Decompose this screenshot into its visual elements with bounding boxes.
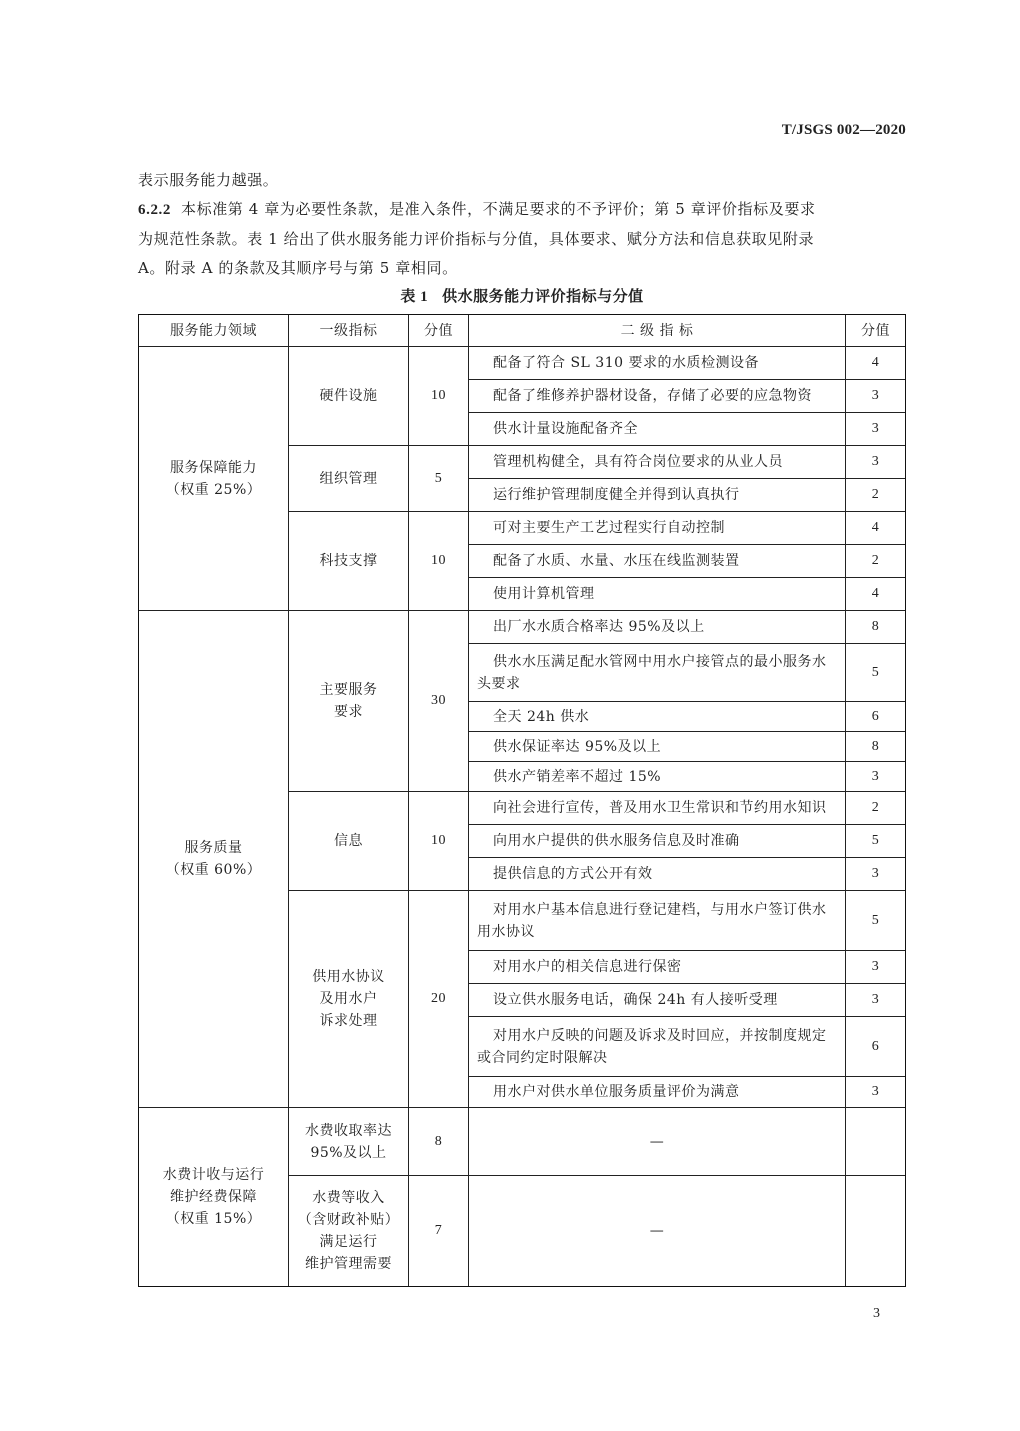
primary-name-line4: 维护管理需要	[305, 1253, 392, 1275]
secondary-text: 供水保证率达 95%及以上	[477, 736, 661, 758]
domain-name-line2: 维护经费保障	[170, 1186, 257, 1208]
secondary-item: 出厂水水质合格率达 95%及以上	[468, 610, 846, 644]
secondary-item: 供水保证率达 95%及以上	[468, 731, 846, 762]
primary-score-value: 30	[431, 690, 446, 712]
secondary-score: 8	[845, 731, 906, 762]
secondary-score-value: 3	[872, 1081, 880, 1103]
secondary-text: 管理机构健全，具有符合岗位要求的从业人员	[477, 451, 783, 473]
table-caption-number: 表 1	[400, 289, 428, 305]
header-domain-label: 服务能力领域	[170, 320, 257, 342]
table-caption: 表 1供水服务能力评价指标与分值	[0, 285, 1020, 306]
primary-score: 10	[408, 346, 469, 446]
secondary-score-value: 4	[872, 517, 880, 539]
secondary-score: 2	[845, 478, 906, 512]
primary-name-line1: 水费等收入	[312, 1187, 385, 1209]
secondary-score: 2	[845, 791, 906, 825]
domain-weight: （权重 60%）	[166, 859, 262, 881]
em-dash-placeholder: —	[650, 1131, 665, 1153]
secondary-score: 8	[845, 610, 906, 644]
primary-fee-collection: 水费收取率达 95%及以上	[288, 1107, 409, 1176]
primary-score-value: 10	[431, 550, 446, 572]
secondary-score: 3	[845, 445, 906, 479]
header-domain: 服务能力领域	[138, 314, 289, 347]
secondary-score: 3	[845, 1076, 906, 1108]
secondary-score-value: 8	[872, 736, 880, 758]
secondary-score: 2	[845, 544, 906, 578]
domain-name-line1: 水费计收与运行	[163, 1164, 265, 1186]
secondary-item: 对用水户基本信息进行登记建档，与用水户签订供水用水协议	[468, 890, 846, 951]
secondary-text: 配备了水质、水量、水压在线监测装置	[477, 550, 740, 572]
table-caption-title: 供水服务能力评价指标与分值	[442, 287, 644, 305]
primary-score: 8	[408, 1107, 469, 1176]
header-primary-score: 分值	[408, 314, 469, 347]
secondary-score-value: 3	[872, 989, 880, 1011]
secondary-score-value: 3	[872, 956, 880, 978]
domain-fee-and-funding: 水费计收与运行 维护经费保障 （权重 15%）	[138, 1107, 289, 1287]
primary-score: 30	[408, 610, 469, 792]
secondary-text: 可对主要生产工艺过程实行自动控制	[477, 517, 725, 539]
primary-name-line2: （含财政补贴）	[298, 1209, 400, 1231]
secondary-text: 向用水户提供的供水服务信息及时准确	[477, 830, 740, 852]
clause-text-line2: 为规范性条款。表 1 给出了供水服务能力评价指标与分值，具体要求、赋分方法和信息…	[138, 230, 814, 248]
secondary-score-value: 3	[872, 766, 880, 788]
primary-name-line3: 满足运行	[320, 1231, 378, 1253]
secondary-score: 5	[845, 890, 906, 951]
domain-service-quality: 服务质量 （权重 60%）	[138, 610, 289, 1108]
primary-score-value: 20	[431, 988, 446, 1010]
primary-name-line1: 主要服务	[320, 679, 378, 701]
primary-income-sufficiency: 水费等收入 （含财政补贴） 满足运行 维护管理需要	[288, 1175, 409, 1287]
primary-name: 组织管理	[320, 468, 378, 490]
secondary-score: 5	[845, 643, 906, 702]
secondary-score: 6	[845, 701, 906, 732]
primary-hardware: 硬件设施	[288, 346, 409, 446]
secondary-score: 6	[845, 1016, 906, 1077]
primary-information: 信息	[288, 791, 409, 891]
primary-score-value: 5	[435, 468, 443, 490]
primary-name-line2: 95%及以上	[310, 1142, 386, 1164]
page-number: 3	[873, 1306, 880, 1322]
header-secondary-label: 二 级 指 标	[621, 320, 694, 342]
primary-score-value: 7	[435, 1220, 443, 1242]
secondary-text: 供水计量设施配备齐全	[477, 418, 638, 440]
secondary-text: 对用水户的相关信息进行保密	[477, 956, 682, 978]
secondary-score-value: 8	[872, 616, 880, 638]
secondary-item: 管理机构健全，具有符合岗位要求的从业人员	[468, 445, 846, 479]
primary-name-line2: 及用水户	[320, 988, 378, 1010]
secondary-score: 3	[845, 761, 906, 792]
secondary-score-value: 2	[872, 797, 880, 819]
secondary-item-empty: —	[468, 1107, 846, 1176]
secondary-item: 用水户对供水单位服务质量评价为满意	[468, 1076, 846, 1108]
secondary-score: 4	[845, 577, 906, 611]
secondary-score: 4	[845, 346, 906, 380]
secondary-score-value: 3	[872, 863, 880, 885]
secondary-item: 可对主要生产工艺过程实行自动控制	[468, 511, 846, 545]
header-secondary-score-label: 分值	[861, 320, 890, 342]
secondary-score: 3	[845, 950, 906, 984]
primary-score: 5	[408, 445, 469, 512]
secondary-score-value: 5	[872, 910, 880, 932]
continuation-text: 表示服务能力越强。	[138, 171, 278, 189]
secondary-score-value: 6	[872, 706, 880, 728]
primary-score: 7	[408, 1175, 469, 1287]
secondary-item: 设立供水服务电话，确保 24h 有人接听受理	[468, 983, 846, 1017]
primary-score: 10	[408, 511, 469, 611]
secondary-score-value: 3	[872, 451, 880, 473]
secondary-text: 供水水压满足配水管网中用水户接管点的最小服务水头要求	[477, 651, 837, 695]
clause-6-2-2: 6.2.2本标准第 4 章为必要性条款，是准入条件，不满足要求的不予评价；第 5…	[138, 195, 908, 283]
secondary-text: 提供信息的方式公开有效	[477, 863, 653, 885]
primary-score-value: 8	[435, 1131, 443, 1153]
secondary-item: 供水水压满足配水管网中用水户接管点的最小服务水头要求	[468, 643, 846, 702]
primary-score-value: 10	[431, 385, 446, 407]
primary-technology: 科技支撑	[288, 511, 409, 611]
secondary-item: 向社会进行宣传，普及用水卫生常识和节约用水知识	[468, 791, 846, 825]
secondary-text: 向社会进行宣传，普及用水卫生常识和节约用水知识	[477, 797, 827, 819]
secondary-score	[845, 1175, 906, 1287]
em-dash-placeholder: —	[650, 1220, 665, 1242]
primary-name: 信息	[334, 830, 363, 852]
secondary-item: 对用水户反映的问题及诉求及时回应，并按制度规定或合同约定时限解决	[468, 1016, 846, 1077]
secondary-score: 4	[845, 511, 906, 545]
primary-name-line1: 供用水协议	[312, 966, 385, 988]
header-primary-score-label: 分值	[424, 320, 453, 342]
secondary-text: 用水户对供水单位服务质量评价为满意	[477, 1081, 740, 1103]
secondary-item: 运行维护管理制度健全并得到认真执行	[468, 478, 846, 512]
secondary-item: 对用水户的相关信息进行保密	[468, 950, 846, 984]
primary-name: 科技支撑	[320, 550, 378, 572]
clause-text-line3: A。附录 A 的条款及其顺序号与第 5 章相同。	[138, 259, 458, 277]
secondary-item: 供水产销差率不超过 15%	[468, 761, 846, 792]
paragraph-continuation: 表示服务能力越强。	[138, 166, 908, 195]
secondary-item: 配备了水质、水量、水压在线监测装置	[468, 544, 846, 578]
secondary-item: 提供信息的方式公开有效	[468, 857, 846, 891]
secondary-score-value: 4	[872, 352, 880, 374]
primary-name: 硬件设施	[320, 385, 378, 407]
header-primary: 一级指标	[288, 314, 409, 347]
secondary-item: 供水计量设施配备齐全	[468, 412, 846, 446]
primary-name-line1: 水费收取率达	[305, 1120, 392, 1142]
clause-number: 6.2.2	[138, 202, 171, 218]
secondary-text: 全天 24h 供水	[477, 706, 589, 728]
secondary-text: 对用水户反映的问题及诉求及时回应，并按制度规定或合同约定时限解决	[477, 1025, 837, 1069]
domain-name: 服务质量	[185, 837, 243, 859]
secondary-text: 运行维护管理制度健全并得到认真执行	[477, 484, 740, 506]
secondary-score-value: 5	[872, 830, 880, 852]
secondary-score-value: 2	[872, 484, 880, 506]
clause-text-line1: 本标准第 4 章为必要性条款，是准入条件，不满足要求的不予评价；第 5 章评价指…	[181, 200, 816, 218]
primary-agreement-complaints: 供用水协议 及用水户 诉求处理	[288, 890, 409, 1108]
primary-main-service: 主要服务 要求	[288, 610, 409, 792]
primary-score: 10	[408, 791, 469, 891]
secondary-text: 配备了维修养护器材设备，存储了必要的应急物资	[477, 385, 812, 407]
secondary-item: 全天 24h 供水	[468, 701, 846, 732]
primary-name-line3: 诉求处理	[320, 1010, 378, 1032]
secondary-text: 供水产销差率不超过 15%	[477, 766, 661, 788]
document-code: T/JSGS 002—2020	[782, 122, 906, 139]
secondary-text: 使用计算机管理	[477, 583, 595, 605]
header-secondary-score: 分值	[845, 314, 906, 347]
secondary-item: 配备了维修养护器材设备，存储了必要的应急物资	[468, 379, 846, 413]
secondary-item-empty: —	[468, 1175, 846, 1287]
secondary-score: 5	[845, 824, 906, 858]
secondary-score-value: 2	[872, 550, 880, 572]
domain-weight: （权重 15%）	[166, 1208, 262, 1230]
secondary-score-value: 3	[872, 418, 880, 440]
secondary-score-value: 5	[872, 662, 880, 684]
secondary-score: 3	[845, 412, 906, 446]
primary-score: 20	[408, 890, 469, 1108]
secondary-text: 出厂水水质合格率达 95%及以上	[477, 616, 705, 638]
domain-name: 服务保障能力	[170, 457, 257, 479]
secondary-score-value: 3	[872, 385, 880, 407]
secondary-score: 3	[845, 983, 906, 1017]
primary-score-value: 10	[431, 830, 446, 852]
domain-service-guarantee: 服务保障能力 （权重 25%）	[138, 346, 289, 611]
primary-name-line2: 要求	[334, 701, 363, 723]
secondary-text: 设立供水服务电话，确保 24h 有人接听受理	[477, 989, 778, 1011]
secondary-score-value: 4	[872, 583, 880, 605]
secondary-score	[845, 1107, 906, 1176]
header-primary-label: 一级指标	[320, 320, 378, 342]
secondary-text: 对用水户基本信息进行登记建档，与用水户签订供水用水协议	[477, 899, 837, 943]
secondary-score: 3	[845, 857, 906, 891]
secondary-item: 配备了符合 SL 310 要求的水质检测设备	[468, 346, 846, 380]
secondary-item: 使用计算机管理	[468, 577, 846, 611]
secondary-text: 配备了符合 SL 310 要求的水质检测设备	[477, 352, 759, 374]
primary-organization: 组织管理	[288, 445, 409, 512]
secondary-score-value: 6	[872, 1036, 880, 1058]
secondary-score: 3	[845, 379, 906, 413]
domain-weight: （权重 25%）	[166, 479, 262, 501]
header-secondary: 二 级 指 标	[468, 314, 846, 347]
secondary-item: 向用水户提供的供水服务信息及时准确	[468, 824, 846, 858]
